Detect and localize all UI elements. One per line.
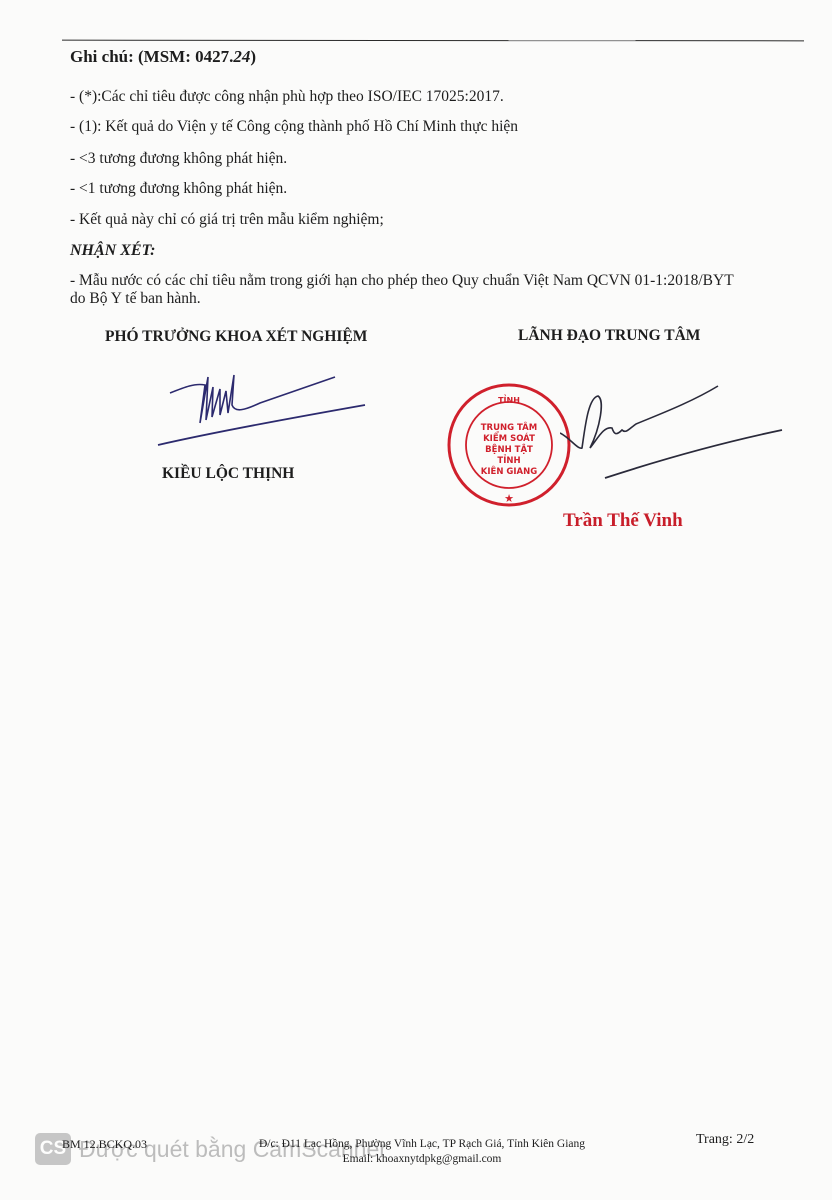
official-stamp-icon: TỈNH TRUNG TÂM KIỂM SOÁT BỆNH TẬT TỈNH K… — [444, 378, 574, 513]
form-code: BM 12.BCKQ.03 — [62, 1137, 147, 1152]
notes-title: Ghi chú: (MSM: 0427.24) — [70, 47, 256, 67]
note-item: - (*):Các chỉ tiêu được công nhận phù hợ… — [70, 88, 504, 106]
left-signatory-name: KIỀU LỘC THỊNH — [162, 465, 294, 483]
remarks-heading: NHẬN XÉT: — [70, 242, 155, 260]
right-signature-icon — [560, 378, 790, 488]
right-signatory-name: Trần Thế Vinh — [563, 510, 683, 532]
svg-text:BỆNH TẬT: BỆNH TẬT — [485, 444, 533, 455]
left-signatory-title: PHÓ TRƯỞNG KHOA XÉT NGHIỆM — [105, 328, 367, 346]
footer-address: Đ/c: Đ11 Lạc Hồng, Phường Vĩnh Lạc, TP R… — [222, 1137, 622, 1167]
address-line: Đ/c: Đ11 Lạc Hồng, Phường Vĩnh Lạc, TP R… — [222, 1137, 622, 1152]
note-item: - <1 tương đương không phát hiện. — [70, 180, 287, 198]
remarks-text: - Mẫu nước có các chỉ tiêu nằm trong giớ… — [70, 272, 750, 308]
note-item: - (1): Kết quả do Viện y tế Công cộng th… — [70, 118, 518, 136]
page-number: Trang: 2/2 — [696, 1132, 754, 1148]
left-signature-icon — [150, 365, 380, 455]
note-item: - <3 tương đương không phát hiện. — [70, 150, 287, 168]
email-line: Email: khoaxnytdpkg@gmail.com — [222, 1152, 622, 1167]
note-item: - Kết quả này chỉ có giá trị trên mẫu ki… — [70, 211, 384, 229]
right-signatory-title: LÃNH ĐẠO TRUNG TÂM — [518, 327, 700, 345]
svg-text:TỈNH: TỈNH — [497, 454, 520, 466]
svg-text:★: ★ — [504, 493, 514, 505]
top-divider — [62, 40, 804, 42]
svg-text:TRUNG TÂM: TRUNG TÂM — [481, 421, 537, 433]
svg-text:TỈNH: TỈNH — [498, 394, 520, 405]
svg-text:KIÊN GIANG: KIÊN GIANG — [481, 465, 537, 477]
